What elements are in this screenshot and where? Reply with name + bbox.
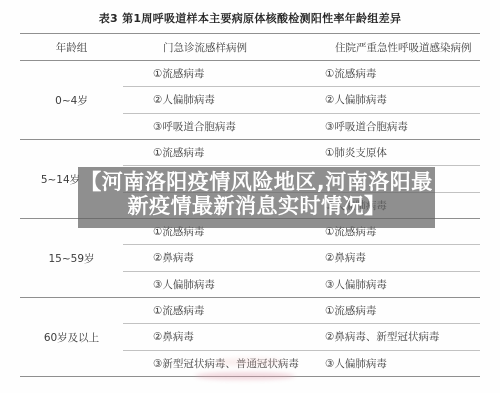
outpatient-cell: ①流感病毒 bbox=[123, 66, 293, 81]
header-inpatient: 住院严重急性呼吸道感染病例 bbox=[303, 40, 480, 55]
outpatient-cell: ③呼吸道合胞病毒 bbox=[123, 119, 293, 134]
age-section-15-59: 15~59岁 ①流感病毒 ①流感病毒 ②鼻病毒 ②鼻病毒 ③人偏肺病毒 ③人偏肺… bbox=[20, 219, 480, 298]
outpatient-cell: ②人偏肺病毒 bbox=[123, 92, 293, 107]
outpatient-cell: ①流感病毒 bbox=[123, 145, 293, 160]
inpatient-cell: ③人偏肺病毒 bbox=[293, 356, 480, 371]
table-row: ②鼻病毒 ②鼻病毒、新型冠状病毒 bbox=[123, 324, 480, 350]
table-header-row: 年龄组 门急诊流感样病例 住院严重急性呼吸道感染病例 bbox=[20, 34, 480, 61]
table-row: ②鼻病毒 ②鼻病毒 bbox=[123, 245, 480, 271]
section-rows: ①流感病毒 ①流感病毒 ②鼻病毒 ②鼻病毒 ③人偏肺病毒 ③人偏肺病毒 bbox=[123, 219, 480, 297]
section-rows: ①流感病毒 ①流感病毒 ②鼻病毒 ②鼻病毒、新型冠状病毒 ③新型冠状病毒、普通冠… bbox=[123, 298, 480, 376]
inpatient-cell: ①流感病毒 bbox=[293, 303, 480, 318]
table-row: ③人偏肺病毒 ③人偏肺病毒 bbox=[123, 272, 480, 297]
table-row: ①流感病毒 ①流感病毒 bbox=[123, 298, 480, 324]
header-outpatient: 门急诊流感样病例 bbox=[123, 40, 303, 55]
outpatient-cell: ①流感病毒 bbox=[123, 303, 293, 318]
age-group-label: 15~59岁 bbox=[20, 219, 123, 297]
age-group-label: 60岁及以上 bbox=[20, 298, 123, 376]
inpatient-cell: ②鼻病毒、新型冠状病毒 bbox=[293, 329, 480, 344]
watermark-smudge bbox=[215, 358, 285, 366]
inpatient-cell: ①肺炎支原体 bbox=[293, 145, 480, 160]
section-rows: ①流感病毒 ①流感病毒 ②人偏肺病毒 ②人偏肺病毒 ③呼吸道合胞病毒 ③呼吸道合… bbox=[123, 61, 480, 139]
outpatient-cell: ③人偏肺病毒 bbox=[123, 277, 293, 292]
table-row: ①流感病毒 ①肺炎支原体 bbox=[123, 140, 480, 166]
inpatient-cell: ③呼吸道合胞病毒 bbox=[293, 119, 480, 134]
age-section-0-4: 0~4岁 ①流感病毒 ①流感病毒 ②人偏肺病毒 ②人偏肺病毒 ③呼吸道合胞病毒 … bbox=[20, 61, 480, 140]
table-caption: 表3 第1周呼吸道样本主要病原体核酸检测阳性率年龄组差异 bbox=[0, 10, 500, 26]
headline-line-1: 【河南洛阳疫情风险地区,河南洛阳最 bbox=[78, 171, 435, 195]
article-table-image: 表3 第1周呼吸道样本主要病原体核酸检测阳性率年龄组差异 年龄组 门急诊流感样病… bbox=[0, 0, 500, 393]
age-group-label: 0~4岁 bbox=[20, 61, 123, 139]
headline-line-2: 新疫情最新消息实时情况】 bbox=[78, 195, 435, 219]
inpatient-cell: ①流感病毒 bbox=[293, 66, 480, 81]
watermark-smudge bbox=[195, 372, 295, 380]
inpatient-cell: ③人偏肺病毒 bbox=[293, 277, 480, 292]
table-row: ②人偏肺病毒 ②人偏肺病毒 bbox=[123, 87, 480, 113]
inpatient-cell: ②人偏肺病毒 bbox=[293, 92, 480, 107]
table-row: ③新型冠状病毒、普通冠状病毒 ③人偏肺病毒 bbox=[123, 351, 480, 376]
outpatient-cell: ②鼻病毒 bbox=[123, 250, 293, 265]
headline-overlay-banner: 【河南洛阳疫情风险地区,河南洛阳最 新疫情最新消息实时情况】 bbox=[78, 167, 435, 228]
inpatient-cell: ②鼻病毒 bbox=[293, 250, 480, 265]
table-row: ③呼吸道合胞病毒 ③呼吸道合胞病毒 bbox=[123, 114, 480, 139]
table-row: ①流感病毒 ①流感病毒 bbox=[123, 61, 480, 87]
header-age-group: 年龄组 bbox=[20, 40, 123, 55]
outpatient-cell: ②鼻病毒 bbox=[123, 329, 293, 344]
